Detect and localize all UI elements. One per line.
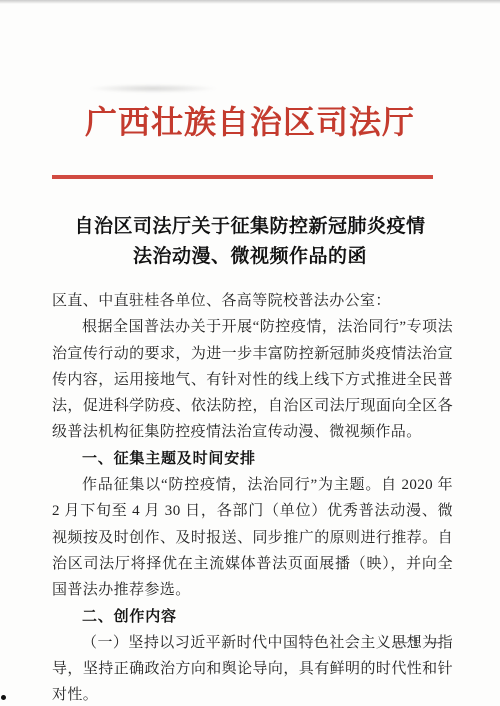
document-title: 自治区司法厅关于征集防控新冠肺炎疫情 法治动漫、微视频作品的函	[30, 212, 470, 272]
document-title-line2: 法治动漫、微视频作品的函	[30, 242, 470, 272]
document-title-line1: 自治区司法厅关于征集防控新冠肺炎疫情	[30, 212, 470, 242]
body-paragraph: 作品征集以“防控疫情，法治同行”为主题。自 2020 年 2 月下旬至 4 月 …	[52, 472, 453, 603]
document-page: 广西壮族自治区司法厅 自治区司法厅关于征集防控新冠肺炎疫情 法治动漫、微视频作品…	[0, 0, 500, 706]
section-heading-2: 二、创作内容	[52, 604, 453, 630]
scan-smudge-artifact	[88, 84, 218, 93]
section-heading-1: 一、征集主题及时间安排	[52, 446, 453, 472]
letterhead-divider-rule	[52, 175, 433, 179]
scan-artifact-dot	[1, 695, 6, 700]
letterhead-title: 广西壮族自治区司法厅	[0, 97, 500, 143]
body-paragraph: 根据全国普法办关于开展“防控疫情，法治同行”专项法治宣传行动的要求，为进一步丰富…	[52, 314, 453, 445]
scan-edge-shadow	[0, 0, 500, 4]
salutation-line: 区直、中直驻桂各单位、各高等院校普法办公室：	[52, 288, 453, 314]
page-number: — 1 —	[393, 635, 440, 651]
